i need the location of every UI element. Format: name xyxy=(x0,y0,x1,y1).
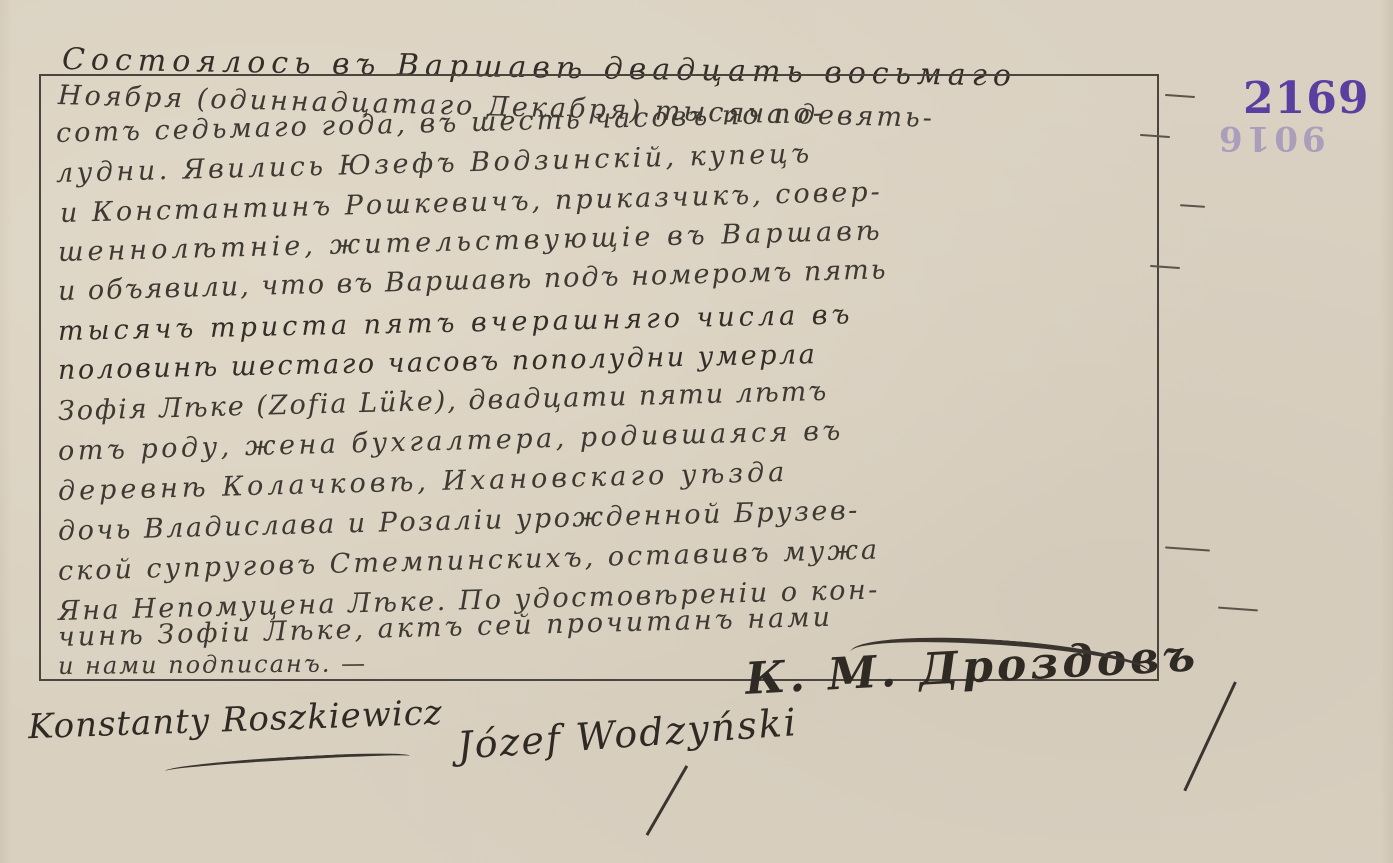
signature-flourish xyxy=(646,765,694,839)
signature-flourish xyxy=(1156,669,1237,792)
document-page: Состоялось въ Варшавѣ двадцать восьмаго … xyxy=(0,0,1393,863)
margin-line-mark xyxy=(1165,546,1210,551)
margin-line-mark xyxy=(1218,607,1258,612)
signature-witness-2: Józef Wodzyński xyxy=(456,700,799,768)
signature-flourish xyxy=(165,751,410,777)
margin-line-mark xyxy=(1165,94,1195,98)
faded-number-stamp: 9016 xyxy=(1215,118,1326,158)
record-number-stamp: 2169 xyxy=(1243,73,1369,124)
record-line-16: и нами подписанъ. — xyxy=(58,649,367,680)
signature-witness-1: Konstanty Roszkiewicz xyxy=(27,693,443,747)
margin-line-mark xyxy=(1180,204,1205,208)
